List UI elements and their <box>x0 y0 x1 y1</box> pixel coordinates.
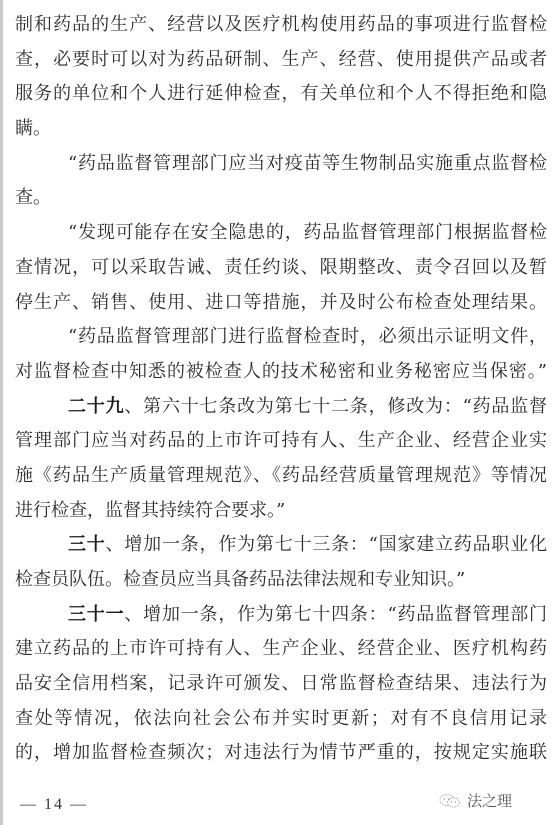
text-line-6: 查。 <box>15 181 547 216</box>
text-line-9: 停生产、销售、使用、进口等措施，并及时公布检查处理结果。 <box>15 286 547 321</box>
text-line-19: 建立药品的上市许可持有人、生产企业、经营企业、医疗机构药 <box>15 632 547 667</box>
article-number-29: 二十九 <box>68 396 124 417</box>
text-line-11: 对监督检查中知悉的被检查人的技术秘密和业务秘密应当保密。” <box>15 355 547 390</box>
text-line-14: 施《药品生产质量管理规范》、《药品经营质量管理规范》等情况 <box>15 459 547 494</box>
text-line-7: “发现可能存在安全隐患的，药品监督管理部门根据监督检 <box>15 216 547 251</box>
document-page: 制和药品的生产、经营以及医疗机构使用药品的事项进行监督检 查，必要时可以对为药品… <box>15 8 547 771</box>
article-number-31: 三十一 <box>68 604 124 625</box>
text-line-15: 进行检查，监督其持续符合要求。” <box>15 494 547 529</box>
watermark-label: 法之理 <box>467 790 512 811</box>
article-29-heading-line: 二十九、第六十七条改为第七十二条，修改为：“药品监督 <box>15 390 547 425</box>
text-line-8: 查情况，可以采取告诫、责任约谈、限期整改、责令召回以及暂 <box>15 251 547 286</box>
text-line-5: “药品监督管理部门应当对疫苗等生物制品实施重点监督检 <box>15 147 547 182</box>
watermark: 法之理 <box>439 790 512 811</box>
page-number: — 14 — <box>20 796 88 814</box>
text-line-22: 的，增加监督检查频次；对违法行为情节严重的，按规定实施联 <box>15 736 547 771</box>
text-line-17: 检查员队伍。检查员应当具备药品法律法规和专业知识。” <box>15 563 547 598</box>
text-line-13: 管理部门应当对药品的上市许可持有人、生产企业、经营企业实 <box>15 424 547 459</box>
page-left-border <box>0 0 3 825</box>
text-line-20: 品安全信用档案，记录许可颁发、日常监督检查结果、违法行为 <box>15 667 547 702</box>
text-line-21: 查处等情况，依法向社会公布并实时更新；对有不良信用记录 <box>15 702 547 737</box>
article-number-30: 三十 <box>68 534 106 555</box>
text-line-4: 瞒。 <box>15 112 547 147</box>
text-line-3: 服务的单位和个人进行延伸检查，有关单位和个人不得拒绝和隐 <box>15 77 547 112</box>
text-line-1: 制和药品的生产、经营以及医疗机构使用药品的事项进行监督检 <box>15 8 547 43</box>
article-31-heading-line: 三十一、增加一条，作为第七十四条：“药品监督管理部门 <box>15 598 547 633</box>
article-29-text: 、第六十七条改为第七十二条，修改为：“药品监督 <box>124 396 547 417</box>
wechat-icon <box>439 793 461 809</box>
article-30-text: 、增加一条，作为第七十三条：“国家建立药品职业化 <box>106 534 547 555</box>
text-line-2: 查，必要时可以对为药品研制、生产、经营、使用提供产品或者 <box>15 43 547 78</box>
article-31-text: 、增加一条，作为第七十四条：“药品监督管理部门 <box>124 604 547 625</box>
text-line-10: “药品监督管理部门进行监督检查时，必须出示证明文件， <box>15 320 547 355</box>
article-30-heading-line: 三十、增加一条，作为第七十三条：“国家建立药品职业化 <box>15 528 547 563</box>
